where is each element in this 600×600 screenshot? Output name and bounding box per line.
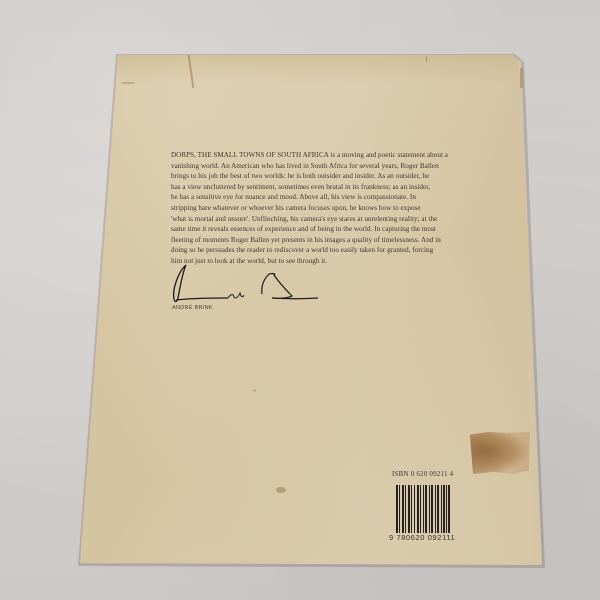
cover-stain [253, 389, 256, 392]
blurb-line: fleeting of moments Roger Ballen yet pre… [171, 235, 461, 246]
handwritten-signature [168, 262, 318, 307]
barcode-digits: 9 780620 092111 [389, 533, 455, 542]
blurb-line: 'what is mortal and unsure'. Unflinching… [171, 214, 461, 225]
cover-stain [276, 487, 286, 493]
blurb-line: DORPS, THE SMALL TOWNS OF SOUTH AFRICA i… [171, 150, 461, 161]
blurb-line: brings to his job the best of two worlds… [171, 171, 461, 182]
blurb-line: stripping bare whatever or whoever his c… [171, 203, 461, 214]
blurb-line: doing so he persuades the reader to redi… [171, 245, 461, 256]
cover-top-wear [118, 55, 518, 83]
blurb-line: has a view uncluttered by sentiment, som… [171, 182, 461, 193]
cover-tear [520, 68, 523, 88]
isbn-label: ISBN 0 620 09211 4 [392, 470, 453, 478]
blurb-line: vanishing world. An American who has liv… [171, 161, 461, 172]
blurb-line: same time it reveals essences of experie… [171, 224, 461, 235]
cover-stain [121, 82, 135, 84]
back-cover-blurb: DORPS, THE SMALL TOWNS OF SOUTH AFRICA i… [171, 150, 461, 267]
barcode [396, 485, 456, 533]
blurb-line: he has a sensitive eye for nuance and mo… [171, 192, 461, 203]
damaged-price-sticker [470, 432, 530, 474]
cover-tear [426, 56, 427, 62]
signature-author-name: ANDRÉ BRINK [172, 305, 213, 311]
